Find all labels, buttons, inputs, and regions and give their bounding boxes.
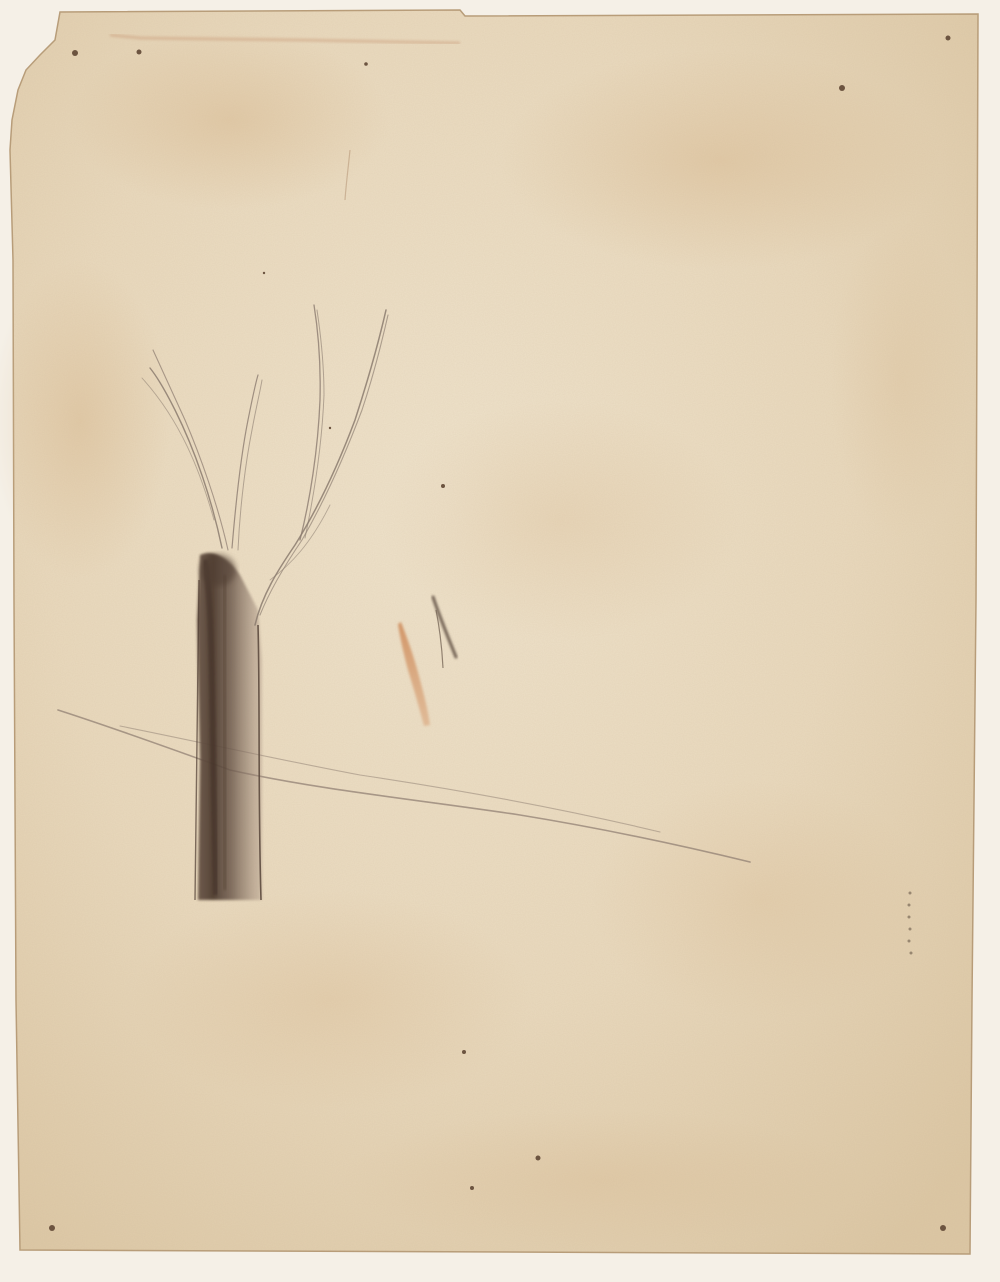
tree-trunk [195,553,262,900]
drawing [0,0,1000,1282]
artwork-canvas: Sketch of a bare tree trunk with branche… [0,0,1000,1282]
